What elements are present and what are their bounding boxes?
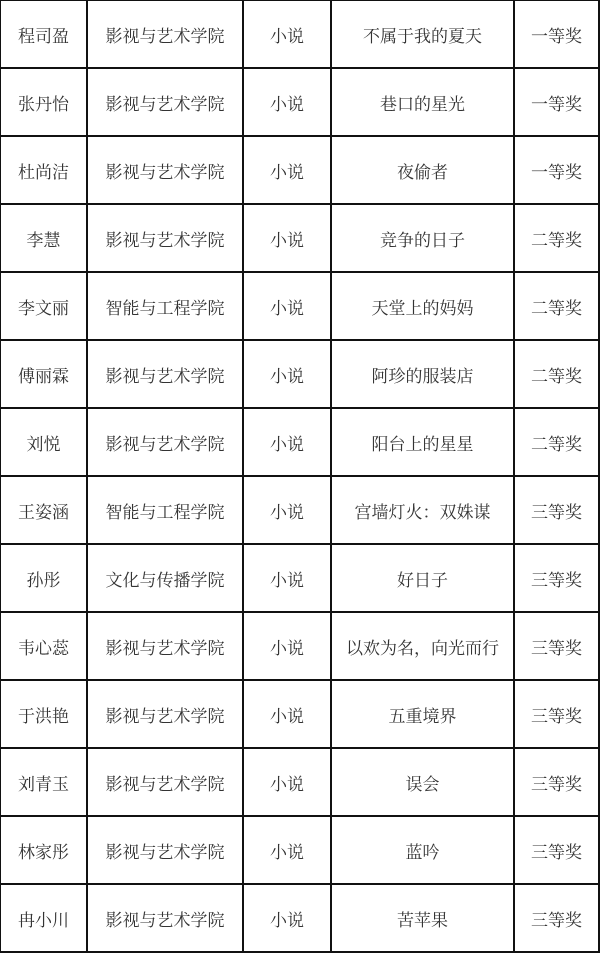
cell-title: 五重境界	[331, 680, 514, 748]
cell-name: 冉小川	[0, 884, 87, 952]
cell-name: 孙彤	[0, 544, 87, 612]
cell-award: 三等奖	[514, 612, 599, 680]
cell-college: 智能与工程学院	[87, 272, 243, 340]
table-row: 傅丽霖影视与艺术学院小说阿珍的服装店二等奖	[0, 340, 599, 408]
cell-name: 于洪艳	[0, 680, 87, 748]
table-row: 程司盈影视与艺术学院小说不属于我的夏天一等奖	[0, 0, 599, 68]
cell-award: 三等奖	[514, 748, 599, 816]
cell-name: 刘青玉	[0, 748, 87, 816]
cell-award: 一等奖	[514, 68, 599, 136]
cell-award: 二等奖	[514, 204, 599, 272]
cell-award: 三等奖	[514, 680, 599, 748]
table-row: 于洪艳影视与艺术学院小说五重境界三等奖	[0, 680, 599, 748]
cell-award: 三等奖	[514, 544, 599, 612]
cell-college: 影视与艺术学院	[87, 136, 243, 204]
cell-title: 夜偷者	[331, 136, 514, 204]
cell-title: 误会	[331, 748, 514, 816]
cell-college: 影视与艺术学院	[87, 0, 243, 68]
cell-name: 林家彤	[0, 816, 87, 884]
cell-award: 二等奖	[514, 408, 599, 476]
cell-college: 智能与工程学院	[87, 476, 243, 544]
table-row: 孙彤文化与传播学院小说好日子三等奖	[0, 544, 599, 612]
cell-category: 小说	[243, 340, 331, 408]
cell-category: 小说	[243, 204, 331, 272]
cell-name: 杜尚洁	[0, 136, 87, 204]
cell-category: 小说	[243, 884, 331, 952]
cell-name: 王姿涵	[0, 476, 87, 544]
cell-name: 程司盈	[0, 0, 87, 68]
table-row: 张丹怡影视与艺术学院小说巷口的星光一等奖	[0, 68, 599, 136]
cell-category: 小说	[243, 748, 331, 816]
cell-title: 天堂上的妈妈	[331, 272, 514, 340]
cell-category: 小说	[243, 68, 331, 136]
cell-award: 三等奖	[514, 476, 599, 544]
cell-college: 影视与艺术学院	[87, 680, 243, 748]
cell-title: 竞争的日子	[331, 204, 514, 272]
cell-college: 影视与艺术学院	[87, 408, 243, 476]
table-row: 刘悦影视与艺术学院小说阳台上的星星二等奖	[0, 408, 599, 476]
cell-title: 阳台上的星星	[331, 408, 514, 476]
awards-table-body: 程司盈影视与艺术学院小说不属于我的夏天一等奖张丹怡影视与艺术学院小说巷口的星光一…	[0, 0, 599, 952]
cell-college: 影视与艺术学院	[87, 884, 243, 952]
cell-award: 二等奖	[514, 272, 599, 340]
cell-title: 宫墙灯火：双姝谋	[331, 476, 514, 544]
cell-category: 小说	[243, 544, 331, 612]
table-row: 王姿涵智能与工程学院小说宫墙灯火：双姝谋三等奖	[0, 476, 599, 544]
cell-category: 小说	[243, 612, 331, 680]
table-row: 冉小川影视与艺术学院小说苦苹果三等奖	[0, 884, 599, 952]
cell-award: 三等奖	[514, 884, 599, 952]
cell-title: 不属于我的夏天	[331, 0, 514, 68]
table-row: 韦心蕊影视与艺术学院小说以欢为名，向光而行三等奖	[0, 612, 599, 680]
cell-name: 张丹怡	[0, 68, 87, 136]
cell-category: 小说	[243, 136, 331, 204]
cell-title: 苦苹果	[331, 884, 514, 952]
table-row: 李文丽智能与工程学院小说天堂上的妈妈二等奖	[0, 272, 599, 340]
cell-college: 影视与艺术学院	[87, 816, 243, 884]
cell-college: 影视与艺术学院	[87, 612, 243, 680]
cell-college: 影视与艺术学院	[87, 748, 243, 816]
cell-title: 好日子	[331, 544, 514, 612]
cell-category: 小说	[243, 272, 331, 340]
cell-name: 傅丽霖	[0, 340, 87, 408]
cell-title: 蓝吟	[331, 816, 514, 884]
cell-name: 李慧	[0, 204, 87, 272]
cell-award: 一等奖	[514, 0, 599, 68]
cell-name: 刘悦	[0, 408, 87, 476]
table-row: 刘青玉影视与艺术学院小说误会三等奖	[0, 748, 599, 816]
cell-title: 阿珍的服装店	[331, 340, 514, 408]
cell-category: 小说	[243, 476, 331, 544]
cell-category: 小说	[243, 680, 331, 748]
table-row: 杜尚洁影视与艺术学院小说夜偷者一等奖	[0, 136, 599, 204]
cell-award: 一等奖	[514, 136, 599, 204]
cell-category: 小说	[243, 0, 331, 68]
cell-name: 李文丽	[0, 272, 87, 340]
cell-award: 二等奖	[514, 340, 599, 408]
cell-college: 文化与传播学院	[87, 544, 243, 612]
cell-college: 影视与艺术学院	[87, 340, 243, 408]
table-row: 李慧影视与艺术学院小说竞争的日子二等奖	[0, 204, 599, 272]
cell-category: 小说	[243, 408, 331, 476]
cell-college: 影视与艺术学院	[87, 68, 243, 136]
cell-category: 小说	[243, 816, 331, 884]
cell-title: 以欢为名，向光而行	[331, 612, 514, 680]
cell-award: 三等奖	[514, 816, 599, 884]
cell-name: 韦心蕊	[0, 612, 87, 680]
awards-table: 程司盈影视与艺术学院小说不属于我的夏天一等奖张丹怡影视与艺术学院小说巷口的星光一…	[0, 0, 600, 953]
cell-college: 影视与艺术学院	[87, 204, 243, 272]
cell-title: 巷口的星光	[331, 68, 514, 136]
table-row: 林家彤影视与艺术学院小说蓝吟三等奖	[0, 816, 599, 884]
